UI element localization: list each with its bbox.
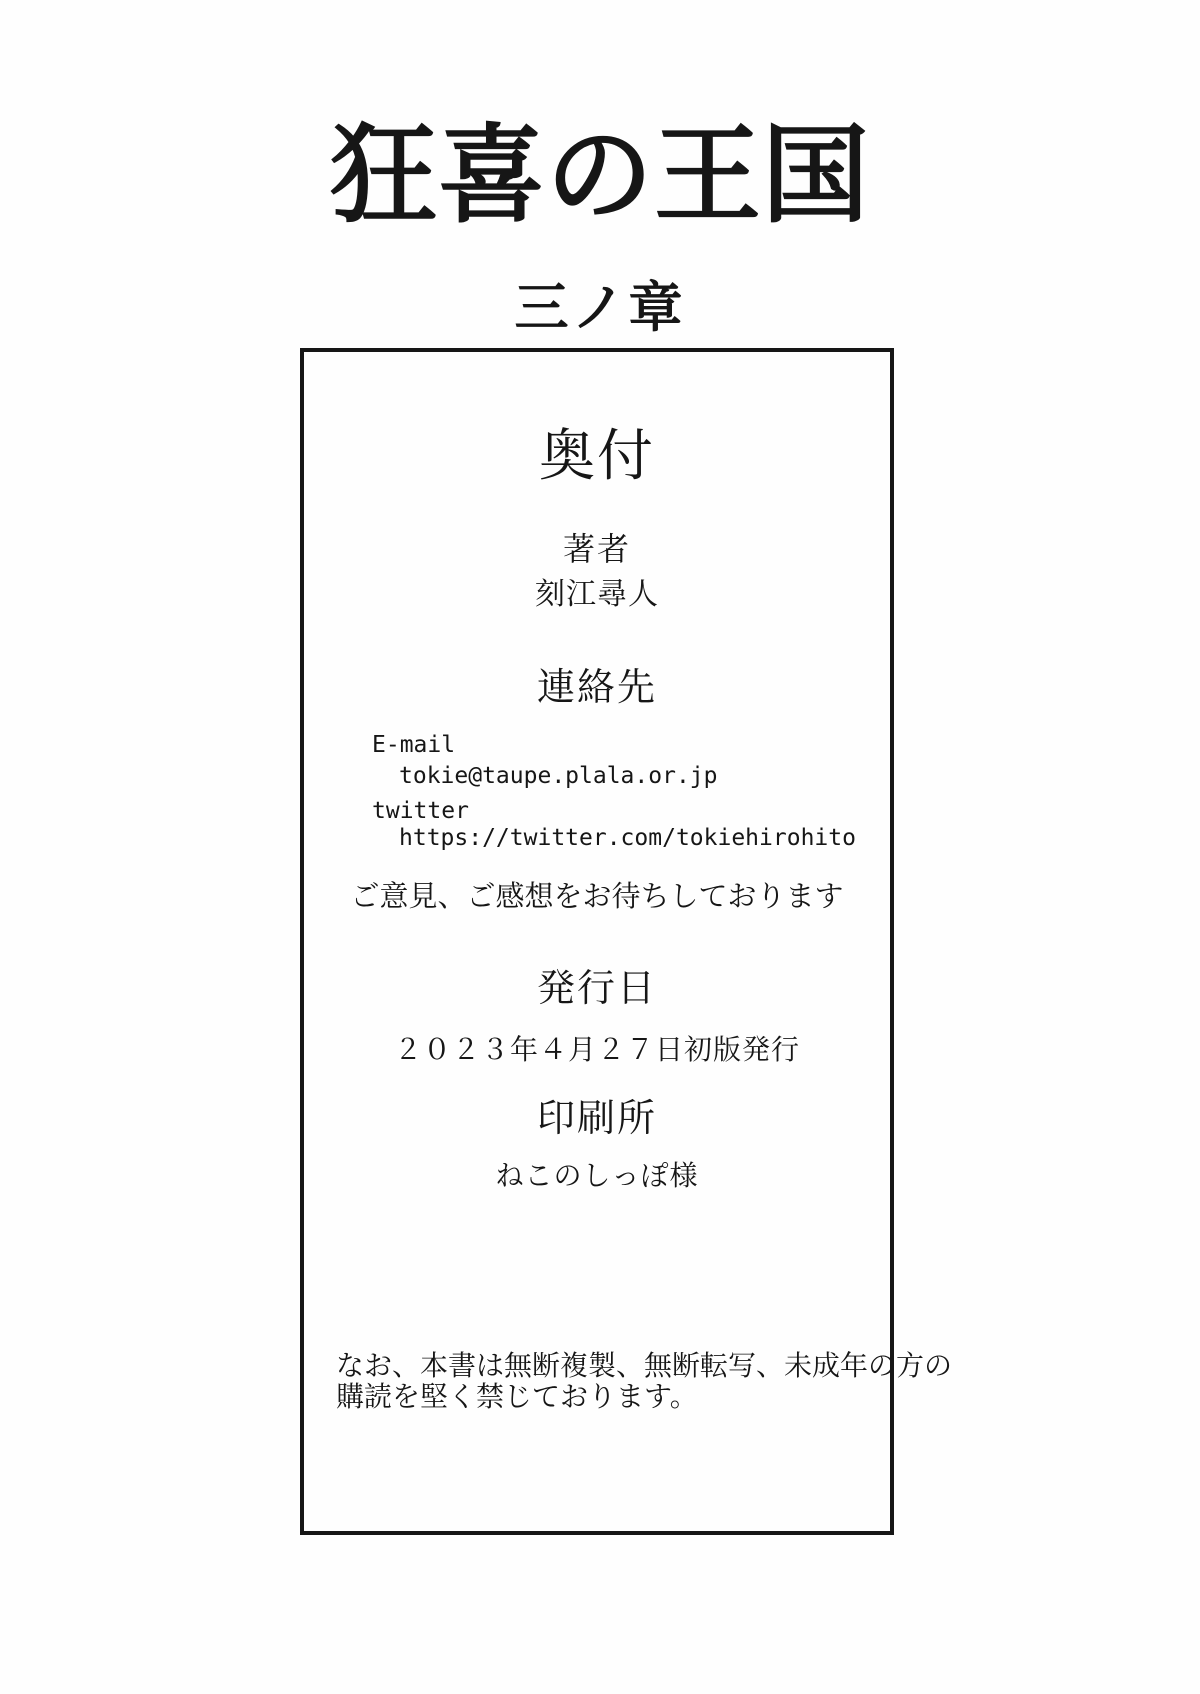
email-label: E-mail [372,734,455,757]
notice-line-1: なお、本書は無断複製、無断転写、未成年の方の [336,1350,870,1381]
colophon-heading: 奥付 [304,428,890,484]
contact-label: 連絡先 [304,669,890,707]
author-name: 刻江尋人 [304,580,890,610]
copyright-notice: なお、本書は無断複製、無断転写、未成年の方の 購読を堅く禁じております。 [336,1350,870,1412]
twitter-label: twitter [372,800,469,823]
publish-date-value: ２０２３年４月２７日初版発行 [304,1036,890,1064]
author-label: 著者 [304,533,890,565]
printer-label: 印刷所 [304,1100,890,1138]
feedback-message: ご意見、ご感想をお待ちしております [304,883,890,912]
printer-name: ねこのしっぽ様 [304,1162,890,1190]
publish-date-label: 発行日 [304,970,890,1008]
colophon-page: 狂喜の王国 三ノ章 奥付 著者 刻江尋人 連絡先 E-mail tokie@ta… [0,0,1200,1694]
book-title: 狂喜の王国 [0,122,1200,229]
email-address: tokie@taupe.plala.or.jp [399,765,718,788]
notice-line-2: 購読を堅く禁じております。 [336,1381,870,1412]
colophon-box: 奥付 著者 刻江尋人 連絡先 E-mail tokie@taupe.plala.… [300,348,894,1535]
twitter-url: https://twitter.com/tokiehirohito [399,827,856,850]
chapter-subtitle: 三ノ章 [0,281,1200,335]
